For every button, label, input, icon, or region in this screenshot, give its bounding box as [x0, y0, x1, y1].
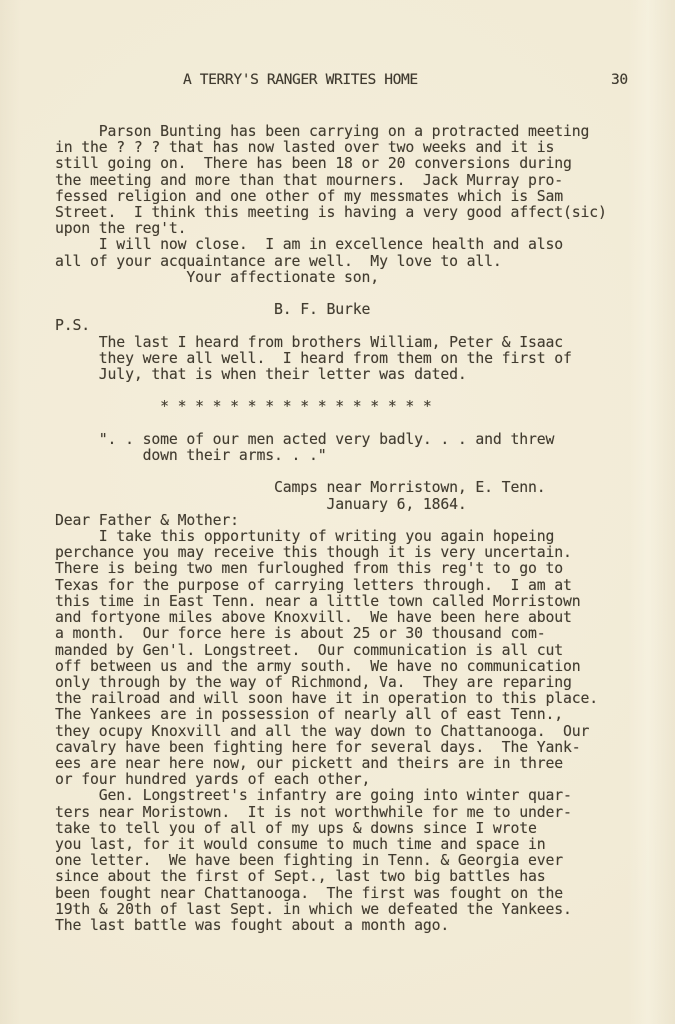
running-header: A TERRY'S RANGER WRITES HOME 30	[0, 71, 675, 89]
page-number: 30	[611, 71, 628, 89]
scanned-page: A TERRY'S RANGER WRITES HOME 30 Parson B…	[0, 0, 675, 1024]
page-title: A TERRY'S RANGER WRITES HOME	[183, 71, 418, 89]
letter-text: Parson Bunting has been carrying on a pr…	[55, 124, 607, 934]
